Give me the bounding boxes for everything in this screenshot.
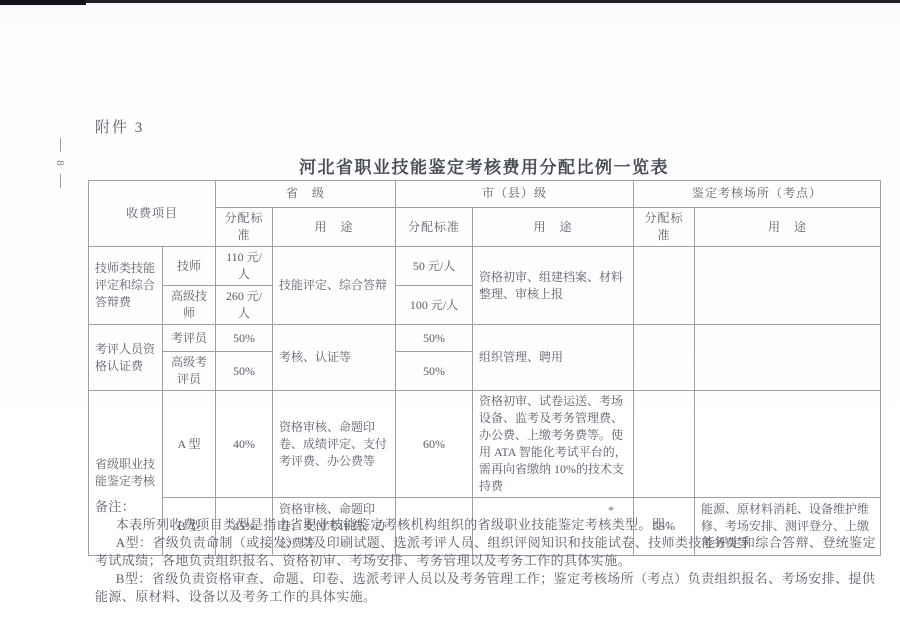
cell-prov-usage-type-a: 资格审核、命题印卷、成绩评定、支付考评费、办公费等 bbox=[273, 391, 396, 498]
cell-sub-technician: 技师 bbox=[163, 247, 216, 286]
cell-site-usage-technician-empty bbox=[695, 247, 881, 325]
scanned-document-page: 附件 3 8 河北省职业技能鉴定考核费用分配比例一览表 收费项目 省 级 市（县… bbox=[0, 0, 900, 636]
header-province-group: 省 级 bbox=[216, 181, 396, 208]
cell-category-technician-fee: 技师类技能评定和综合答辩费 bbox=[89, 247, 163, 325]
cell-city-usage-assessor: 组织管理、聘用 bbox=[473, 325, 634, 391]
cell-prov-std-assessor: 50% bbox=[216, 325, 273, 352]
cell-city-std-assessor: 50% bbox=[396, 325, 473, 352]
table-row-assessor: 考评人员资格认证费 考评员 50% 考核、认证等 50% 组织管理、聘用 bbox=[89, 325, 881, 352]
header-city-group: 市（县）级 bbox=[396, 181, 634, 208]
cell-city-usage-type-a: 资格初审、试卷运送、考场设备、监考及考务管理费、办公费、上缴考务费等。使用 AT… bbox=[473, 391, 634, 498]
cell-sub-type-a: A 型 bbox=[163, 391, 216, 498]
table-row-type-a: 省级职业技能鉴定考核 A 型 40% 资格审核、命题印卷、成绩评定、支付考评费、… bbox=[89, 391, 881, 498]
header-city-usage: 用 途 bbox=[473, 208, 634, 247]
cell-prov-usage-assessor: 考核、认证等 bbox=[273, 325, 396, 391]
cell-city-std-senior-assessor: 50% bbox=[396, 352, 473, 391]
cell-city-usage-technician: 资格初审、组建档案、材料整理、审核上报 bbox=[473, 247, 634, 325]
table-row-technician: 技师类技能评定和综合答辩费 技师 110 元/人 技能评定、综合答辩 50 元/… bbox=[89, 247, 881, 286]
cell-site-std-assessor-empty bbox=[634, 325, 695, 391]
cell-city-std-technician: 50 元/人 bbox=[396, 247, 473, 286]
notes-label: 备注： bbox=[95, 498, 877, 516]
cell-prov-std-senior-technician: 260 元/人 bbox=[216, 286, 273, 325]
header-province-usage: 用 途 bbox=[273, 208, 396, 247]
cell-sub-senior-technician: 高级技师 bbox=[163, 286, 216, 325]
cell-site-std-type-a-empty bbox=[634, 391, 695, 498]
header-site-usage: 用 途 bbox=[695, 208, 881, 247]
header-fee-item: 收费项目 bbox=[89, 181, 216, 247]
scan-edge-artifact-left bbox=[0, 0, 86, 5]
cell-site-std-technician-empty bbox=[634, 247, 695, 325]
cell-sub-assessor: 考评员 bbox=[163, 325, 216, 352]
cell-city-std-type-a: 60% bbox=[396, 391, 473, 498]
cell-prov-std-senior-assessor: 50% bbox=[216, 352, 273, 391]
scan-edge-artifact bbox=[0, 0, 900, 3]
header-group-row: 收费项目 省 级 市（县）级 鉴定考核场所（考点） bbox=[89, 181, 881, 208]
page-number-dash-top bbox=[60, 138, 61, 152]
header-province-standard: 分配标准 bbox=[216, 208, 273, 247]
page-number-marker: 8 bbox=[52, 138, 68, 188]
header-site-group: 鉴定考核场所（考点） bbox=[634, 181, 881, 208]
cell-prov-usage-technician: 技能评定、综合答辩 bbox=[273, 247, 396, 325]
page-number: 8 bbox=[54, 155, 66, 171]
cell-category-assessor-fee: 考评人员资格认证费 bbox=[89, 325, 163, 391]
attachment-label: 附件 3 bbox=[95, 116, 144, 137]
document-title: 河北省职业技能鉴定考核费用分配比例一览表 bbox=[88, 153, 880, 178]
notes-line-type-a: A型：省级负责命制（或接发）以及印刷试题、选派考评人员、组织评阅知识和技能试卷、… bbox=[95, 534, 877, 570]
notes-line-type-b: B型：省级负责资格审查、命题、印卷、选派考评人员以及考务管理工作；鉴定考核场所（… bbox=[95, 570, 877, 606]
notes-line-intro: 本表所列收费项目类型是指由省职业技能鉴定考核机构组织的省级职业技能鉴定考核类型。… bbox=[95, 516, 877, 534]
cell-site-usage-type-a-empty bbox=[695, 391, 881, 498]
cell-prov-std-technician: 110 元/人 bbox=[216, 247, 273, 286]
cell-site-usage-assessor-empty bbox=[695, 325, 881, 391]
cell-prov-std-type-a: 40% bbox=[216, 391, 273, 498]
cell-sub-senior-assessor: 高级考评员 bbox=[163, 352, 216, 391]
page-number-dash-bottom bbox=[60, 174, 61, 188]
cell-city-std-senior-technician: 100 元/人 bbox=[396, 286, 473, 325]
header-city-standard: 分配标准 bbox=[396, 208, 473, 247]
header-site-standard: 分配标准 bbox=[634, 208, 695, 247]
notes-section: 备注： 本表所列收费项目类型是指由省职业技能鉴定考核机构组织的省级职业技能鉴定考… bbox=[95, 498, 877, 606]
